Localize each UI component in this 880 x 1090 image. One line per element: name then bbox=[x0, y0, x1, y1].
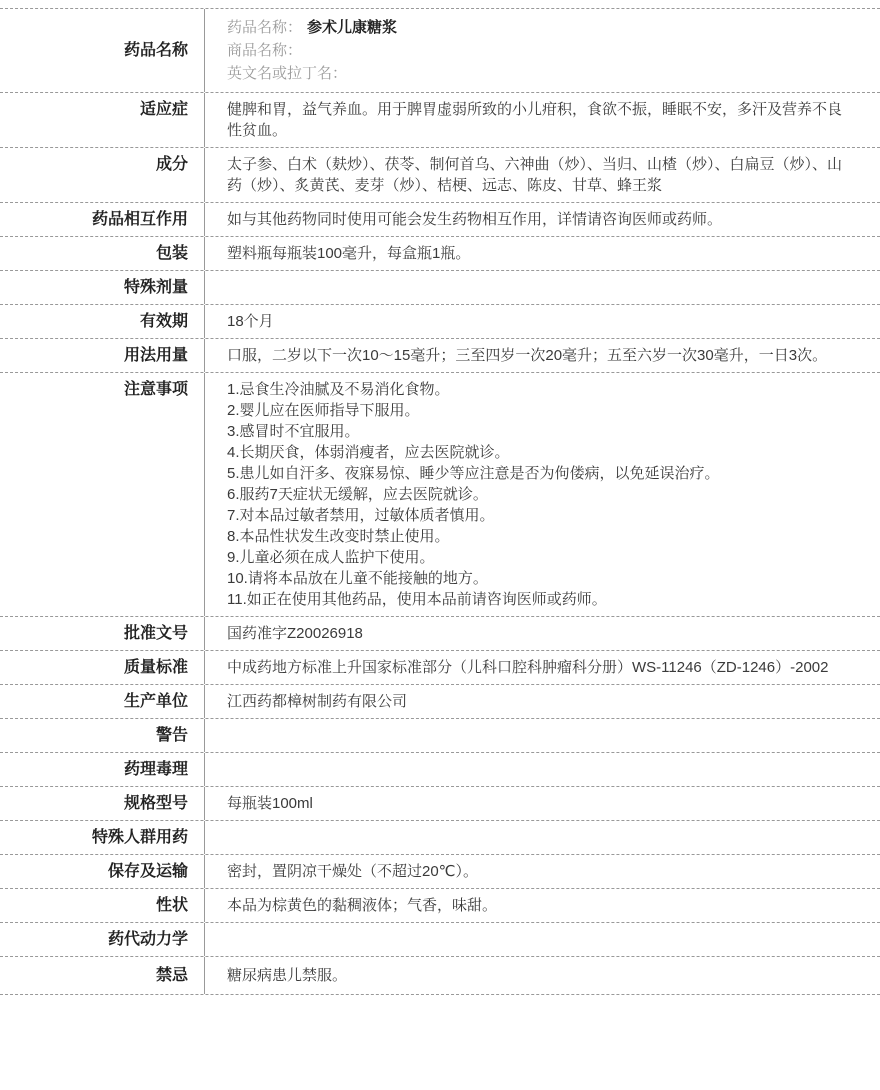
row-label-pharmacology-toxicology: 药理毒理 bbox=[0, 753, 205, 786]
row-drug-name: 药品名称 药品名称：参术儿康糖浆 商品名称： 英文名或拉丁名： bbox=[0, 9, 880, 93]
row-content-quality-standard: 中成药地方标准上升国家标准部分（儿科口腔科肿瘤科分册）WS-11246（ZD-1… bbox=[205, 651, 880, 684]
row-label-indications: 适应症 bbox=[0, 93, 205, 147]
precaution-item: 4.长期厌食，体弱消瘦者，应去医院就诊。 bbox=[227, 442, 852, 463]
drug-name-field: 药品名称：参术儿康糖浆 bbox=[227, 16, 852, 39]
drug-name-value: 参术儿康糖浆 bbox=[307, 19, 397, 36]
row-special-dosage: 特殊剂量 bbox=[0, 271, 880, 305]
row-content-pharmacokinetics bbox=[205, 923, 880, 956]
row-content-shelf-life: 18个月 bbox=[205, 305, 880, 338]
row-label-specification: 规格型号 bbox=[0, 787, 205, 820]
row-dosage-usage: 用法用量 口服，二岁以下一次10～15毫升；三至四岁一次20毫升；五至六岁一次3… bbox=[0, 339, 880, 373]
row-storage-transport: 保存及运输 密封，置阴凉干燥处（不超过20℃）。 bbox=[0, 855, 880, 889]
row-content-drug-interactions: 如与其他药物同时使用可能会发生药物相互作用，详情请咨询医师或药师。 bbox=[205, 203, 880, 236]
row-label-special-dosage: 特殊剂量 bbox=[0, 271, 205, 304]
row-content-special-dosage bbox=[205, 271, 880, 304]
row-content-dosage-usage: 口服，二岁以下一次10～15毫升；三至四岁一次20毫升；五至六岁一次30毫升，一… bbox=[205, 339, 880, 372]
row-label-warning: 警告 bbox=[0, 719, 205, 752]
row-content-approval-number: 国药准字Z20026918 bbox=[205, 617, 880, 650]
row-quality-standard: 质量标准 中成药地方标准上升国家标准部分（儿科口腔科肿瘤科分册）WS-11246… bbox=[0, 651, 880, 685]
row-content-precautions: 1.忌食生冷油腻及不易消化食物。 2.婴儿应在医师指导下服用。 3.感冒时不宜服… bbox=[205, 373, 880, 616]
row-packaging: 包装 塑料瓶每瓶装100毫升，每盒瓶1瓶。 bbox=[0, 237, 880, 271]
precaution-item: 11.如正在使用其他药品，使用本品前请咨询医师或药师。 bbox=[227, 589, 852, 610]
row-precautions: 注意事项 1.忌食生冷油腻及不易消化食物。 2.婴儿应在医师指导下服用。 3.感… bbox=[0, 373, 880, 617]
row-label-pharmacokinetics: 药代动力学 bbox=[0, 923, 205, 956]
row-content-drug-name: 药品名称：参术儿康糖浆 商品名称： 英文名或拉丁名： bbox=[205, 9, 880, 92]
trade-name-field: 商品名称： bbox=[227, 39, 852, 62]
row-content-pharmacology-toxicology bbox=[205, 753, 880, 786]
row-content-manufacturer: 江西药都樟树制药有限公司 bbox=[205, 685, 880, 718]
row-content-properties: 本品为棕黄色的黏稠液体；气香，味甜。 bbox=[205, 889, 880, 922]
row-contraindications: 禁忌 糖尿病患儿禁服。 bbox=[0, 957, 880, 995]
english-name-field-label: 英文名或拉丁名： bbox=[227, 65, 347, 82]
row-label-storage-transport: 保存及运输 bbox=[0, 855, 205, 888]
row-label-drug-name: 药品名称 bbox=[0, 9, 205, 92]
row-content-ingredients: 太子参、白术（麸炒）、茯苓、制何首乌、六神曲（炒）、当归、山楂（炒）、白扁豆（炒… bbox=[205, 148, 880, 202]
drug-info-table: 药品名称 药品名称：参术儿康糖浆 商品名称： 英文名或拉丁名： 适应症 健脾和胃… bbox=[0, 8, 880, 995]
row-label-properties: 性状 bbox=[0, 889, 205, 922]
precaution-item: 3.感冒时不宜服用。 bbox=[227, 421, 852, 442]
trade-name-field-label: 商品名称： bbox=[227, 42, 302, 59]
row-content-storage-transport: 密封，置阴凉干燥处（不超过20℃）。 bbox=[205, 855, 880, 888]
english-name-field: 英文名或拉丁名： bbox=[227, 62, 852, 85]
row-indications: 适应症 健脾和胃，益气养血。用于脾胃虚弱所致的小儿疳积，食欲不振，睡眠不安，多汗… bbox=[0, 93, 880, 148]
row-label-quality-standard: 质量标准 bbox=[0, 651, 205, 684]
row-label-shelf-life: 有效期 bbox=[0, 305, 205, 338]
row-label-approval-number: 批准文号 bbox=[0, 617, 205, 650]
precaution-item: 5.患儿如自汗多、夜寐易惊、睡少等应注意是否为佝偻病，以免延误治疗。 bbox=[227, 463, 852, 484]
row-label-special-population: 特殊人群用药 bbox=[0, 821, 205, 854]
precaution-item: 6.服药7天症状无缓解，应去医院就诊。 bbox=[227, 484, 852, 505]
row-pharmacokinetics: 药代动力学 bbox=[0, 923, 880, 957]
row-content-contraindications: 糖尿病患儿禁服。 bbox=[205, 957, 880, 994]
row-ingredients: 成分 太子参、白术（麸炒）、茯苓、制何首乌、六神曲（炒）、当归、山楂（炒）、白扁… bbox=[0, 148, 880, 203]
precaution-item: 9.儿童必须在成人监护下使用。 bbox=[227, 547, 852, 568]
row-label-precautions: 注意事项 bbox=[0, 373, 205, 616]
row-content-special-population bbox=[205, 821, 880, 854]
row-warning: 警告 bbox=[0, 719, 880, 753]
row-label-drug-interactions: 药品相互作用 bbox=[0, 203, 205, 236]
row-properties: 性状 本品为棕黄色的黏稠液体；气香，味甜。 bbox=[0, 889, 880, 923]
row-label-dosage-usage: 用法用量 bbox=[0, 339, 205, 372]
row-content-indications: 健脾和胃，益气养血。用于脾胃虚弱所致的小儿疳积，食欲不振，睡眠不安，多汗及营养不… bbox=[205, 93, 880, 147]
row-drug-interactions: 药品相互作用 如与其他药物同时使用可能会发生药物相互作用，详情请咨询医师或药师。 bbox=[0, 203, 880, 237]
row-approval-number: 批准文号 国药准字Z20026918 bbox=[0, 617, 880, 651]
row-label-manufacturer: 生产单位 bbox=[0, 685, 205, 718]
row-label-contraindications: 禁忌 bbox=[0, 957, 205, 994]
row-pharmacology-toxicology: 药理毒理 bbox=[0, 753, 880, 787]
row-specification: 规格型号 每瓶装100ml bbox=[0, 787, 880, 821]
drug-name-field-label: 药品名称： bbox=[227, 19, 302, 36]
row-content-warning bbox=[205, 719, 880, 752]
precaution-item: 2.婴儿应在医师指导下服用。 bbox=[227, 400, 852, 421]
row-content-specification: 每瓶装100ml bbox=[205, 787, 880, 820]
precaution-item: 1.忌食生冷油腻及不易消化食物。 bbox=[227, 379, 852, 400]
row-label-ingredients: 成分 bbox=[0, 148, 205, 202]
row-special-population: 特殊人群用药 bbox=[0, 821, 880, 855]
row-content-packaging: 塑料瓶每瓶装100毫升，每盒瓶1瓶。 bbox=[205, 237, 880, 270]
precaution-item: 7.对本品过敏者禁用，过敏体质者慎用。 bbox=[227, 505, 852, 526]
precaution-item: 8.本品性状发生改变时禁止使用。 bbox=[227, 526, 852, 547]
row-shelf-life: 有效期 18个月 bbox=[0, 305, 880, 339]
row-manufacturer: 生产单位 江西药都樟树制药有限公司 bbox=[0, 685, 880, 719]
row-label-packaging: 包装 bbox=[0, 237, 205, 270]
precaution-item: 10.请将本品放在儿童不能接触的地方。 bbox=[227, 568, 852, 589]
